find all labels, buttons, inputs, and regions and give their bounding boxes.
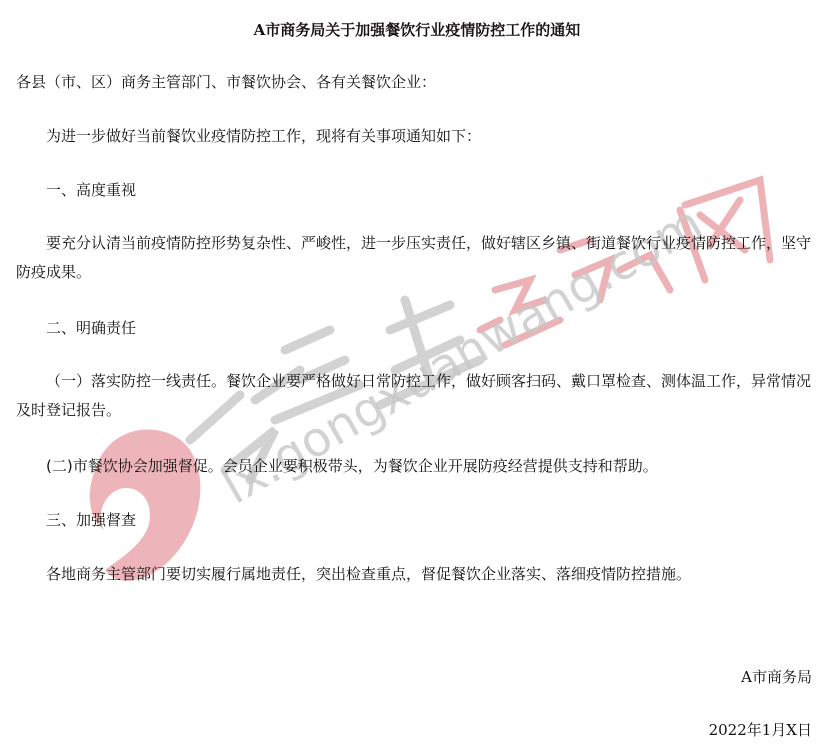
section-heading-1: 一、高度重视: [46, 180, 136, 200]
intro-paragraph: 为进一步做好当前餐饮业疫情防控工作，现将有关事项通知如下：: [46, 126, 481, 146]
section-heading-3: 三、加强督查: [46, 510, 136, 530]
document-page: lx.gongxuanwang.com A市商务局关于加强餐饮行业疫情防控工作的…: [0, 0, 834, 752]
section-3-paragraph-1: 各地商务主管部门要切实履行属地责任，突出检查重点，督促餐饮企业落实、落细疫情防控…: [46, 564, 691, 584]
document-title: A市商务局关于加强餐饮行业疫情防控工作的通知: [0, 19, 834, 41]
section-1-paragraph-1: 要充分认清当前疫情防控形势复杂性、严峻性，进一步压实责任，做好辖区乡镇、街道餐饮…: [16, 229, 816, 287]
section-2-paragraph-1: （一）落实防控一线责任。餐饮企业要严格做好日常防控工作，做好顾客扫码、戴口罩检查…: [16, 367, 816, 425]
document-date: 2022年1月X日: [709, 720, 812, 740]
section-heading-2: 二、明确责任: [46, 318, 136, 338]
signature: A市商务局: [741, 667, 812, 687]
salutation: 各县（市、区）商务主管部门、市餐饮协会、各有关餐饮企业：: [16, 72, 436, 92]
section-2-paragraph-2: (二)市餐饮协会加强督促。会员企业要积极带头，为餐饮企业开展防疫经营提供支持和帮…: [46, 456, 658, 476]
